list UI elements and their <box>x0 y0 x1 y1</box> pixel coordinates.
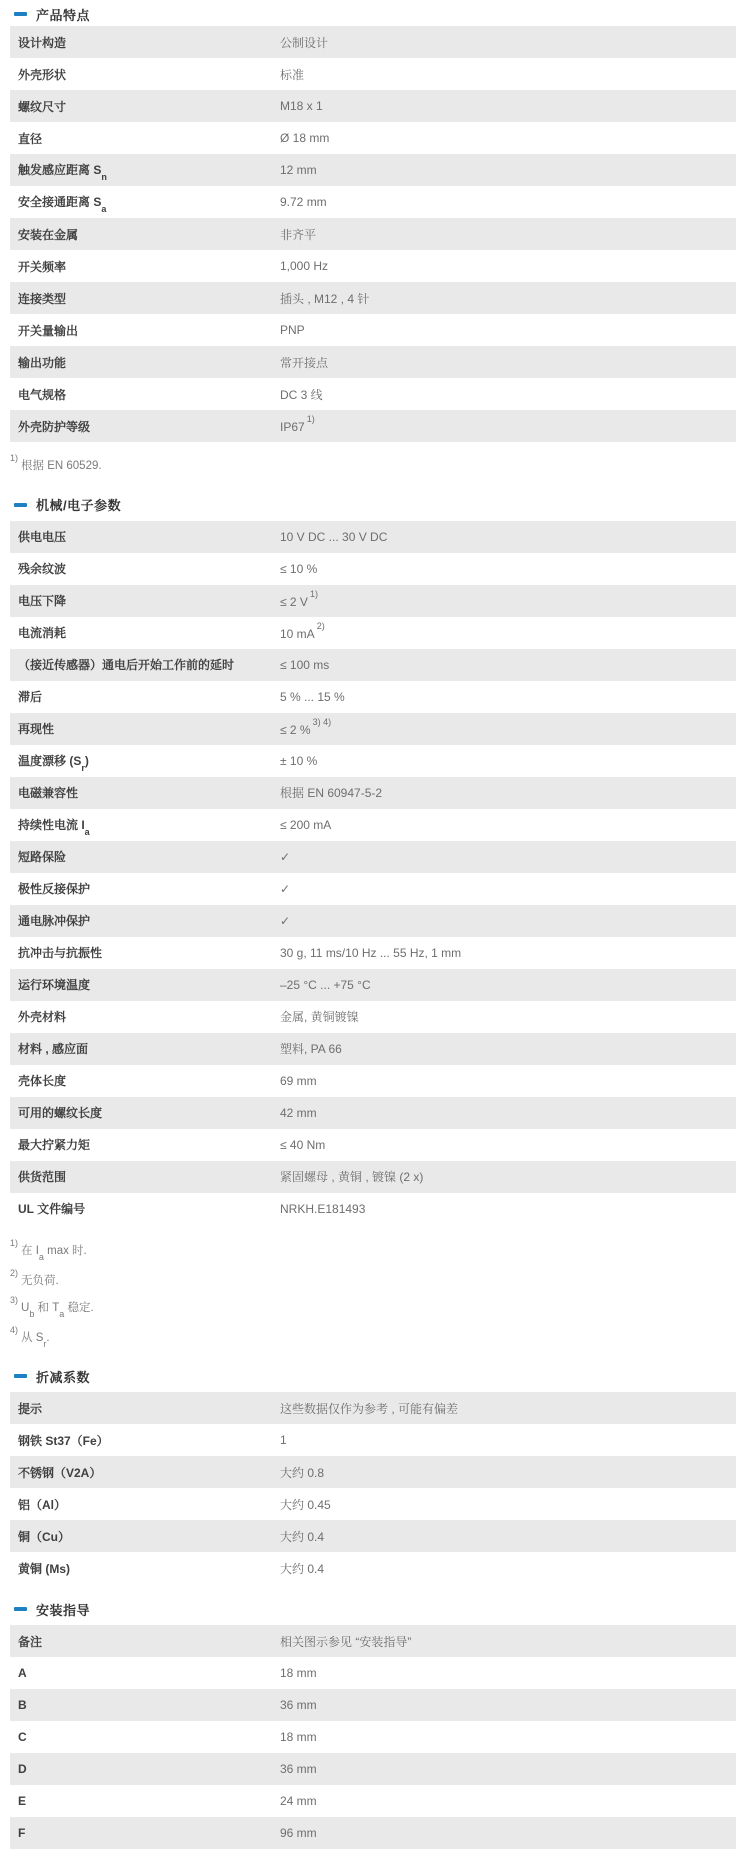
spec-row: B 36 mm <box>10 1689 736 1721</box>
spec-label: B <box>10 1698 280 1712</box>
footnote: 1)根据 EN 60529. <box>10 450 736 477</box>
spec-value: DC 3 线 <box>280 386 736 403</box>
footnote-marker: 1) <box>10 453 18 463</box>
spec-value: 69 mm <box>280 1074 736 1088</box>
spec-row: 铜（Cu） 大约 0.4 <box>10 1520 736 1552</box>
spec-row: 设计构造 公制设计 <box>10 26 736 58</box>
section-derating-factors: 折减系数 提示 这些数据仅作为参考 , 可能有偏差 钢铁 St37（Fe） 1 … <box>10 1366 736 1584</box>
spec-row: 残余纹波 ≤ 10 % <box>10 553 736 585</box>
spec-label: 输出功能 <box>10 354 280 371</box>
spec-value: 24 mm <box>280 1794 736 1808</box>
spec-label: 铝（Al） <box>10 1496 280 1513</box>
spec-row: D 36 mm <box>10 1753 736 1785</box>
spec-row: 不锈钢（V2A） 大约 0.8 <box>10 1456 736 1488</box>
spec-table: 供电电压 10 V DC ... 30 V DC 残余纹波 ≤ 10 % 电压下… <box>10 521 736 1225</box>
footnote-marker: 1) <box>10 1238 18 1248</box>
footnotes: 1)在 Ia max 时. 2)无负荷. 3)Ub 和 Ta 稳定. 4)从 S… <box>10 1235 736 1352</box>
spec-value: ± 10 % <box>280 754 736 768</box>
spec-row: 外壳防护等级 IP671) <box>10 410 736 442</box>
spec-row: （接近传感器）通电后开始工作前的延时 ≤ 100 ms <box>10 649 736 681</box>
section-header[interactable]: 机械/电子参数 <box>10 495 736 515</box>
spec-row: 温度漂移 (Sr) ± 10 % <box>10 745 736 777</box>
spec-row: 极性反接保护 ✓ <box>10 873 736 905</box>
spec-row: 黄铜 (Ms) 大约 0.4 <box>10 1552 736 1584</box>
spec-label: 外壳形状 <box>10 66 280 83</box>
spec-row: 通电脉冲保护 ✓ <box>10 905 736 937</box>
spec-value: 36 mm <box>280 1762 736 1776</box>
spec-label: 黄铜 (Ms) <box>10 1560 280 1577</box>
spec-row: 电流消耗 10 mA2) <box>10 617 736 649</box>
spec-row: 连接类型 插头 , M12 , 4 针 <box>10 282 736 314</box>
spec-label: 残余纹波 <box>10 560 280 577</box>
spec-label: 再现性 <box>10 720 280 737</box>
spec-label: 开关频率 <box>10 258 280 275</box>
spec-row: A 18 mm <box>10 1657 736 1689</box>
spec-table: 设计构造 公制设计 外壳形状 标准 螺纹尺寸 M18 x 1 直径 Ø 18 m… <box>10 26 736 442</box>
spec-row: 开关量输出 PNP <box>10 314 736 346</box>
spec-label: 备注 <box>10 1633 280 1650</box>
section-installation-guide: 安装指导 备注 相关图示参见 “安装指导” A 18 mm B 36 mm C … <box>10 1599 736 1849</box>
spec-value: ✓ <box>280 914 736 928</box>
checkmark: ✓ <box>280 850 290 864</box>
spec-value: –25 °C ... +75 °C <box>280 978 736 992</box>
spec-label: 电磁兼容性 <box>10 784 280 801</box>
spec-value: 大约 0.4 <box>280 1560 736 1577</box>
spec-label: 提示 <box>10 1400 280 1417</box>
checkmark: ✓ <box>280 914 290 928</box>
section-header[interactable]: 安装指导 <box>10 1599 736 1619</box>
spec-label: 短路保险 <box>10 848 280 865</box>
spec-label: 铜（Cu） <box>10 1528 280 1545</box>
spec-label: 钢铁 St37（Fe） <box>10 1432 280 1449</box>
spec-row: 滞后 5 % ... 15 % <box>10 681 736 713</box>
spec-row: 壳体长度 69 mm <box>10 1065 736 1097</box>
spec-label: 极性反接保护 <box>10 880 280 897</box>
spec-row: 供电电压 10 V DC ... 30 V DC <box>10 521 736 553</box>
collapse-minus-icon[interactable] <box>14 503 27 507</box>
spec-label: 通电脉冲保护 <box>10 912 280 929</box>
spec-row: 钢铁 St37（Fe） 1 <box>10 1424 736 1456</box>
spec-row: 直径 Ø 18 mm <box>10 122 736 154</box>
spec-label: 持续性电流 Ia <box>10 816 280 834</box>
spec-label: 最大拧紧力矩 <box>10 1136 280 1153</box>
footnote-marker: 2) <box>10 1268 18 1278</box>
spec-label: 滞后 <box>10 688 280 705</box>
section-header[interactable]: 折减系数 <box>10 1366 736 1386</box>
spec-value: ≤ 2 %3) 4) <box>280 721 736 737</box>
spec-label: 材料 , 感应面 <box>10 1040 280 1057</box>
spec-value: 18 mm <box>280 1730 736 1744</box>
spec-label: 可用的螺纹长度 <box>10 1104 280 1121</box>
spec-value: PNP <box>280 323 736 337</box>
spec-row: 外壳形状 标准 <box>10 58 736 90</box>
spec-row: F 96 mm <box>10 1817 736 1849</box>
collapse-minus-icon[interactable] <box>14 12 27 16</box>
checkmark: ✓ <box>280 882 290 896</box>
spec-value: 10 V DC ... 30 V DC <box>280 530 736 544</box>
spec-value: IP671) <box>280 418 736 434</box>
footnote-marker: 4) <box>10 1325 18 1335</box>
spec-value: 常开接点 <box>280 354 736 371</box>
spec-row: 供货范围 紧固螺母 , 黄铜 , 镀镍 (2 x) <box>10 1161 736 1193</box>
spec-label: 触发感应距离 Sn <box>10 161 280 179</box>
spec-value: 标准 <box>280 66 736 83</box>
footnote: 3)Ub 和 Ta 稳定. <box>10 1292 736 1322</box>
spec-label: 运行环境温度 <box>10 976 280 993</box>
spec-value: 塑料, PA 66 <box>280 1040 736 1057</box>
spec-row: 备注 相关图示参见 “安装指导” <box>10 1625 736 1657</box>
spec-label: 安全接通距离 Sa <box>10 193 280 211</box>
section-product-features: 产品特点 设计构造 公制设计 外壳形状 标准 螺纹尺寸 M18 x 1 直径 Ø… <box>10 4 736 477</box>
spec-row: 开关频率 1,000 Hz <box>10 250 736 282</box>
spec-value: 18 mm <box>280 1666 736 1680</box>
spec-value: NRKH.E181493 <box>280 1202 736 1216</box>
spec-row: 安装在金属 非齐平 <box>10 218 736 250</box>
spec-value: 公制设计 <box>280 34 736 51</box>
spec-value: 根据 EN 60947-5-2 <box>280 784 736 801</box>
spec-label: 安装在金属 <box>10 226 280 243</box>
spec-table: 提示 这些数据仅作为参考 , 可能有偏差 钢铁 St37（Fe） 1 不锈钢（V… <box>10 1392 736 1584</box>
spec-label: F <box>10 1826 280 1840</box>
spec-label: C <box>10 1730 280 1744</box>
spec-row: 电气规格 DC 3 线 <box>10 378 736 410</box>
section-title: 产品特点 <box>36 5 90 24</box>
spec-value: 42 mm <box>280 1106 736 1120</box>
spec-label: D <box>10 1762 280 1776</box>
spec-label: 供货范围 <box>10 1168 280 1185</box>
section-title: 折减系数 <box>36 1367 90 1386</box>
spec-label: 螺纹尺寸 <box>10 98 280 115</box>
spec-row: UL 文件编号 NRKH.E181493 <box>10 1193 736 1225</box>
spec-label: 电压下降 <box>10 592 280 609</box>
spec-value: 10 mA2) <box>280 625 736 641</box>
spec-value: 9.72 mm <box>280 195 736 209</box>
section-title: 安装指导 <box>36 1600 90 1619</box>
spec-value: ≤ 100 ms <box>280 658 736 672</box>
collapse-minus-icon[interactable] <box>14 1374 27 1378</box>
spec-label: 开关量输出 <box>10 322 280 339</box>
spec-label: 供电电压 <box>10 528 280 545</box>
spec-value: M18 x 1 <box>280 99 736 113</box>
spec-label: 外壳防护等级 <box>10 418 280 435</box>
spec-row: 铝（Al） 大约 0.45 <box>10 1488 736 1520</box>
footnote: 1)在 Ia max 时. <box>10 1235 736 1265</box>
spec-row: 运行环境温度 –25 °C ... +75 °C <box>10 969 736 1001</box>
spec-row: 再现性 ≤ 2 %3) 4) <box>10 713 736 745</box>
spec-value: ✓ <box>280 882 736 896</box>
spec-value: 紧固螺母 , 黄铜 , 镀镍 (2 x) <box>280 1168 736 1185</box>
spec-row: E 24 mm <box>10 1785 736 1817</box>
spec-value: 12 mm <box>280 163 736 177</box>
spec-label: 不锈钢（V2A） <box>10 1464 280 1481</box>
spec-value: ✓ <box>280 850 736 864</box>
spec-value: 大约 0.8 <box>280 1464 736 1481</box>
spec-value: 96 mm <box>280 1826 736 1840</box>
spec-value: 插头 , M12 , 4 针 <box>280 290 736 307</box>
spec-row: 提示 这些数据仅作为参考 , 可能有偏差 <box>10 1392 736 1424</box>
spec-table: 备注 相关图示参见 “安装指导” A 18 mm B 36 mm C 18 mm… <box>10 1625 736 1849</box>
spec-label: UL 文件编号 <box>10 1200 280 1217</box>
spec-value: ≤ 200 mA <box>280 818 736 832</box>
section-header[interactable]: 产品特点 <box>10 4 736 24</box>
spec-value: 相关图示参见 “安装指导” <box>280 1633 736 1650</box>
spec-value: 大约 0.45 <box>280 1496 736 1513</box>
spec-row: 短路保险 ✓ <box>10 841 736 873</box>
spec-row: 可用的螺纹长度 42 mm <box>10 1097 736 1129</box>
footnote: 4)从 Sr. <box>10 1322 736 1352</box>
spec-value: 5 % ... 15 % <box>280 690 736 704</box>
section-title: 机械/电子参数 <box>36 495 121 514</box>
spec-value: 30 g, 11 ms/10 Hz ... 55 Hz, 1 mm <box>280 946 736 960</box>
spec-row: 电压下降 ≤ 2 V1) <box>10 585 736 617</box>
spec-row: 触发感应距离 Sn 12 mm <box>10 154 736 186</box>
product-datasheet: 产品特点 设计构造 公制设计 外壳形状 标准 螺纹尺寸 M18 x 1 直径 Ø… <box>0 0 750 1866</box>
spec-value: 1,000 Hz <box>280 259 736 273</box>
spec-label: 直径 <box>10 130 280 147</box>
section-mechanical-electronic: 机械/电子参数 供电电压 10 V DC ... 30 V DC 残余纹波 ≤ … <box>10 495 736 1352</box>
spec-value: ≤ 10 % <box>280 562 736 576</box>
spec-label: E <box>10 1794 280 1808</box>
spec-row: 持续性电流 Ia ≤ 200 mA <box>10 809 736 841</box>
spec-value: 大约 0.4 <box>280 1528 736 1545</box>
spec-row: C 18 mm <box>10 1721 736 1753</box>
spec-value: 金属, 黄铜镀镍 <box>280 1008 736 1025</box>
spec-row: 输出功能 常开接点 <box>10 346 736 378</box>
spec-label: A <box>10 1666 280 1680</box>
spec-row: 电磁兼容性 根据 EN 60947-5-2 <box>10 777 736 809</box>
spec-label: 壳体长度 <box>10 1072 280 1089</box>
spec-label: 外壳材料 <box>10 1008 280 1025</box>
spec-row: 材料 , 感应面 塑料, PA 66 <box>10 1033 736 1065</box>
spec-row: 螺纹尺寸 M18 x 1 <box>10 90 736 122</box>
spec-row: 最大拧紧力矩 ≤ 40 Nm <box>10 1129 736 1161</box>
spec-label: 设计构造 <box>10 34 280 51</box>
spec-label: 温度漂移 (Sr) <box>10 752 280 770</box>
spec-label: （接近传感器）通电后开始工作前的延时 <box>10 656 280 673</box>
spec-value: 36 mm <box>280 1698 736 1712</box>
spec-value: 1 <box>280 1433 736 1447</box>
collapse-minus-icon[interactable] <box>14 1607 27 1611</box>
spec-label: 连接类型 <box>10 290 280 307</box>
spec-row: 安全接通距离 Sa 9.72 mm <box>10 186 736 218</box>
spec-value: 这些数据仅作为参考 , 可能有偏差 <box>280 1400 736 1417</box>
footnote-marker: 3) <box>10 1295 18 1305</box>
spec-row: 外壳材料 金属, 黄铜镀镍 <box>10 1001 736 1033</box>
footnotes: 1)根据 EN 60529. <box>10 450 736 477</box>
spec-row: 抗冲击与抗振性 30 g, 11 ms/10 Hz ... 55 Hz, 1 m… <box>10 937 736 969</box>
spec-value: ≤ 40 Nm <box>280 1138 736 1152</box>
footnote: 2)无负荷. <box>10 1265 736 1292</box>
spec-value: 非齐平 <box>280 226 736 243</box>
spec-value: ≤ 2 V1) <box>280 593 736 609</box>
spec-label: 电气规格 <box>10 386 280 403</box>
spec-label: 电流消耗 <box>10 624 280 641</box>
spec-label: 抗冲击与抗振性 <box>10 944 280 961</box>
spec-value: Ø 18 mm <box>280 131 736 145</box>
